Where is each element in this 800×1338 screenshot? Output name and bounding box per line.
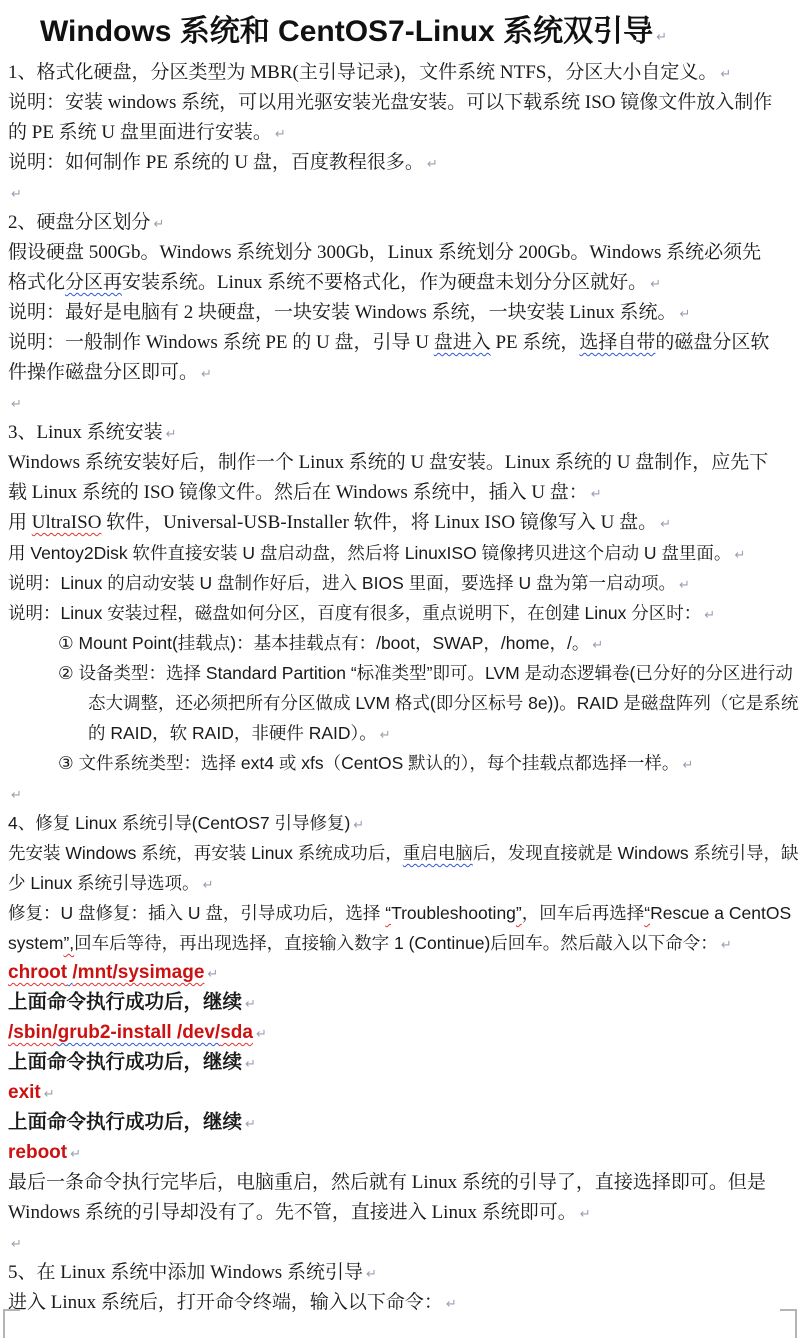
line-text: 假设硬盘 500Gb。Windows 系统划分 300Gb，Linux 系统划分… [8,242,761,263]
line-text: Rescue a CentOS [650,903,791,923]
paragraph-mark-icon: ↵ [427,157,438,172]
line-text: 说明：安装 windows 系统，可以用光驱安装光盘安装。可以下载系统 ISO … [8,92,772,113]
paragraph-mark-icon: ↵ [679,307,690,322]
doc-line: 进入 Linux 系统后，打开命令终端，输入以下命令：↵ [0,1288,800,1318]
line-text: 回车后等待，再出现选择，直接输入数字 1 (Continue)后回车。然后敲入以… [74,933,718,953]
doc-line: 假设硬盘 500Gb。Windows 系统划分 300Gb，Linux 系统划分… [0,238,800,268]
line-text: 说明：如何制作 PE 系统的 U 盘，百度教程很多。 [8,152,424,173]
spellcheck-flagged-text: 重启电脑 [403,843,473,863]
doc-line: 说明：一般制作 Windows 系统 PE 的 U 盘，引导 U 盘进入 PE … [0,328,800,358]
section-heading: 2、硬盘分区划分↵ [0,208,800,238]
paragraph-mark-icon: ↵ [734,548,745,563]
empty-line: ↵ [0,178,800,208]
line-text: 格式化 [8,272,65,293]
list-item: ③ 文件系统类型：选择 ext4 或 xfs（CentOS 默认的），每个挂载点… [0,748,800,778]
list-item: ① Mount Point(挂载点)：基本挂载点有：/boot，SWAP，/ho… [0,628,800,658]
line-text: 上面命令执行成功后，继续 [8,1052,242,1073]
command-line: chroot /mnt/sysimage↵ [0,958,800,988]
doc-line: 说明：最好是电脑有 2 块硬盘，一块安装 Windows 系统，一块安装 Lin… [0,298,800,328]
paragraph-mark-icon: ↵ [245,1117,256,1132]
command-text: grub2-install /dev/ [58,1022,221,1043]
list-item-continuation: 的 RAID，软 RAID，非硬件 RAID）。↵ [0,718,800,748]
line-text: 用 Ventoy2Disk 软件直接安装 U 盘启动盘，然后将 LinuxISO… [8,543,731,563]
line-text: Troubleshooting [391,903,516,923]
line-text: Windows 系统的引导却没有了。先不管，直接进入 Linux 系统即可。 [8,1202,577,1223]
paragraph-mark-icon: ↵ [44,1087,55,1102]
paragraph-mark-icon: ↵ [353,818,364,833]
doc-line: 上面命令执行成功后，继续↵ [0,988,800,1018]
command-text: /mnt/sysimage [72,962,204,983]
paragraph-mark-icon: ↵ [207,967,218,982]
command-line: /sbin/grub2-install /dev/sda↵ [0,1018,800,1048]
line-text: system [8,933,63,953]
paragraph-mark-icon: ↵ [580,1207,591,1222]
doc-line: 说明：Linux 的启动安装 U 盘制作好后，进入 BIOS 里面，要选择 U … [0,568,800,598]
command-text: /sbin/ [8,1022,58,1043]
line-text: 最后一条命令执行完毕后，电脑重启，然后就有 Linux 系统的引导了，直接选择即… [8,1172,766,1193]
line-text: 进入 Linux 系统后，打开命令终端，输入以下命令： [8,1292,443,1313]
paragraph-mark-icon: ↵ [650,277,661,292]
line-text: 修复：U 盘修复：插入 U 盘，引导成功后，选择 [8,903,385,923]
line-text: ① Mount Point(挂载点)：基本挂载点有：/boot，SWAP，/ho… [58,633,589,653]
empty-line: ↵ [0,388,800,418]
line-text: ，回车后再选择 [522,903,645,923]
doc-line: 1、格式化硬盘，分区类型为 MBR(主引导记录)，文件系统 NTFS，分区大小自… [0,58,800,88]
paragraph-mark-icon: ↵ [166,427,177,442]
paragraph-mark-icon: ↵ [682,758,693,773]
spellcheck-flagged-text: 盘进入 [434,332,491,353]
spellcheck-flagged-text: 分区再 [65,272,122,293]
line-text: 后，发现直接就是 Windows 系统引导，缺 [473,843,799,863]
doc-line: 上面命令执行成功后，继续↵ [0,1108,800,1138]
empty-line: ↵ [0,778,800,808]
doc-line: 用 Ventoy2Disk 软件直接安装 U 盘启动盘，然后将 LinuxISO… [0,538,800,568]
paragraph-mark-icon: ↵ [660,517,671,532]
line-text: 用 [8,512,32,533]
list-item-continuation: 态大调整，还必须把所有分区做成 LVM 格式(即分区标号 8e))。RAID 是… [0,688,800,718]
document-page: Windows 系统和 CentOS7-Linux 系统双引导↵ 1、格式化硬盘… [0,0,800,1318]
paragraph-mark-icon: ↵ [11,187,22,202]
line-text: 说明：最好是电脑有 2 块硬盘，一块安装 Windows 系统，一块安装 Lin… [8,302,676,323]
line-text: 软件，Universal-USB-Installer 软件，将 Linux IS… [101,512,657,533]
table-corner-left [3,1309,20,1338]
doc-line: 载 Linux 系统的 ISO 镜像文件。然后在 Windows 系统中，插入 … [0,478,800,508]
doc-line: 少 Linux 系统引导选项。↵ [0,868,800,898]
line-text: 态大调整，还必须把所有分区做成 LVM 格式(即分区标号 8e))。RAID 是… [88,693,798,713]
doc-line: 上面命令执行成功后，继续↵ [0,1048,800,1078]
doc-line: 件操作磁盘分区即可。↵ [0,358,800,388]
doc-line: 说明：安装 windows 系统，可以用光驱安装光盘安装。可以下载系统 ISO … [0,88,800,118]
doc-line: 用 UltraISO 软件，Universal-USB-Installer 软件… [0,508,800,538]
doc-line: 说明：如何制作 PE 系统的 U 盘，百度教程很多。↵ [0,148,800,178]
section-heading: 4、修复 Linux 系统引导(CentOS7 引导修复)↵ [0,808,800,838]
doc-line: 修复：U 盘修复：插入 U 盘，引导成功后，选择 “Troubleshootin… [0,898,800,928]
paragraph-mark-icon: ↵ [380,728,391,743]
list-item: ② 设备类型：选择 Standard Partition “标准类型”即可。LV… [0,658,800,688]
line-text: 3、Linux 系统安装 [8,422,163,443]
doc-line: 说明：Linux 安装过程，磁盘如何分区，百度有很多，重点说明下，在创建 Lin… [0,598,800,628]
line-text: 的磁盘分区软 [655,332,769,353]
command-text: reboot [8,1142,67,1163]
paragraph-mark-icon: ↵ [245,1057,256,1072]
line-text: 上面命令执行成功后，继续 [8,1112,242,1133]
paragraph-mark-icon: ↵ [446,1297,457,1312]
line-text: 少 Linux 系统引导选项。 [8,873,200,893]
line-text: 先安装 Windows 系统，再安装 Linux 系统成功后， [8,843,403,863]
empty-line: ↵ [0,1228,800,1258]
doc-title-text: Windows 系统和 CentOS7-Linux 系统双引导 [40,15,653,48]
line-text: 上面命令执行成功后，继续 [8,992,242,1013]
command-text: exit [8,1082,41,1103]
line-text: 的 PE 系统 U 盘里面进行安装。 [8,122,272,143]
line-text: Windows 系统安装好后，制作一个 Linux 系统的 U 盘安装。Linu… [8,452,768,473]
paragraph-mark-icon: ↵ [11,1237,22,1252]
command-line: exit↵ [0,1078,800,1108]
line-text: 说明：Linux 安装过程，磁盘如何分区，百度有很多，重点说明下，在创建 Lin… [8,603,701,623]
paragraph-mark-icon: ↵ [721,938,732,953]
table-corner-right [780,1309,797,1338]
spellcheck-flagged-text: 选择自带 [579,332,655,353]
doc-line: 最后一条命令执行完毕后，电脑重启，然后就有 Linux 系统的引导了，直接选择即… [0,1168,800,1198]
paragraph-mark-icon: ↵ [275,127,286,142]
doc-title: Windows 系统和 CentOS7-Linux 系统双引导↵ [0,6,800,58]
paragraph-mark-icon: ↵ [720,67,731,82]
spellcheck-flagged-text: UltraISO [32,512,102,533]
paragraph-mark-icon: ↵ [704,608,715,623]
paragraph-mark-icon: ↵ [366,1267,377,1282]
section-heading: 5、在 Linux 系统中添加 Windows 系统引导↵ [0,1258,800,1288]
line-text: 载 Linux 系统的 ISO 镜像文件。然后在 Windows 系统中，插入 … [8,482,588,503]
line-text: 5、在 Linux 系统中添加 Windows 系统引导 [8,1262,363,1283]
line-text: PE 系统， [491,332,580,353]
section-heading: 3、Linux 系统安装↵ [0,418,800,448]
command-text: chroot [8,962,67,983]
paragraph-mark-icon: ↵ [70,1147,81,1162]
paragraph-mark-icon: ↵ [591,487,602,502]
line-text: 件操作磁盘分区即可。 [8,362,198,383]
command-text: sda [220,1022,253,1043]
line-text: 说明：Linux 的启动安装 U 盘制作好后，进入 BIOS 里面，要选择 U … [8,573,676,593]
paragraph-mark-icon: ↵ [592,638,603,653]
line-text: 说明：一般制作 Windows 系统 PE 的 U 盘，引导 U [8,332,434,353]
doc-line: 的 PE 系统 U 盘里面进行安装。↵ [0,118,800,148]
line-text: 4、修复 Linux 系统引导(CentOS7 引导修复) [8,813,350,833]
spellcheck-flagged-text: ”, [63,933,74,953]
line-text: 的 RAID，软 RAID，非硬件 RAID）。 [88,723,377,743]
paragraph-mark-icon: ↵ [154,217,165,232]
paragraph-mark-icon: ↵ [203,878,214,893]
doc-line: Windows 系统的引导却没有了。先不管，直接进入 Linux 系统即可。↵ [0,1198,800,1228]
paragraph-mark-icon: ↵ [11,788,22,803]
command-line: reboot↵ [0,1138,800,1168]
line-text: 2、硬盘分区划分 [8,212,151,233]
line-text: 安装系统。Linux 系统不要格式化，作为硬盘未划分分区就好。 [122,272,647,293]
line-text: 1、格式化硬盘，分区类型为 MBR(主引导记录)，文件系统 NTFS，分区大小自… [8,62,717,83]
doc-line: 先安装 Windows 系统，再安装 Linux 系统成功后，重启电脑后，发现直… [0,838,800,868]
doc-line: system”,回车后等待，再出现选择，直接输入数字 1 (Continue)后… [0,928,800,958]
paragraph-mark-icon: ↵ [201,367,212,382]
paragraph-mark-icon: ↵ [245,997,256,1012]
line-text: ③ 文件系统类型：选择 ext4 或 xfs（CentOS 默认的），每个挂载点… [58,753,679,773]
doc-line: 格式化分区再安装系统。Linux 系统不要格式化，作为硬盘未划分分区就好。↵ [0,268,800,298]
doc-line: Windows 系统安装好后，制作一个 Linux 系统的 U 盘安装。Linu… [0,448,800,478]
paragraph-mark-icon: ↵ [11,397,22,412]
paragraph-mark-icon: ↵ [256,1027,267,1042]
paragraph-mark-icon: ↵ [656,30,667,45]
line-text: ② 设备类型：选择 Standard Partition “标准类型”即可。LV… [58,663,793,683]
paragraph-mark-icon: ↵ [679,578,690,593]
